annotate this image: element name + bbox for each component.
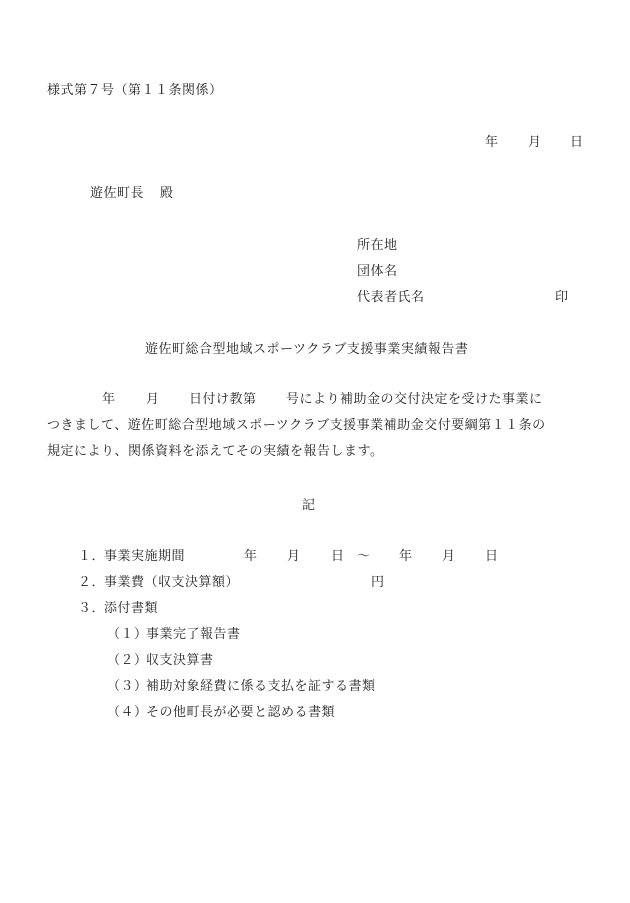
end-day: 日	[485, 548, 499, 566]
body-line1-rest: 号により補助金の交付決定を受けた事業に	[286, 391, 543, 409]
date-year-label: 年	[485, 134, 499, 152]
period-separator: ～	[357, 548, 371, 566]
addressee-name: 遊佐町長	[90, 185, 144, 203]
item-label: 事業費（収支決算額）	[104, 574, 239, 592]
item-number: ３．	[78, 600, 105, 618]
end-year: 年	[399, 548, 413, 566]
organization-label: 団体名	[357, 263, 398, 281]
start-month: 月	[287, 548, 301, 566]
date-day-label: 日	[570, 134, 584, 152]
body-line2: つきまして、遊佐町総合型地域スポーツクラブ支援事業補助金交付要綱第１１条の	[47, 417, 546, 435]
body-month: 月	[146, 391, 160, 409]
attachment-label: 補助対象経費に係る支払を証する書類	[146, 678, 376, 696]
seal-label: 印	[555, 289, 569, 307]
attachment-label: その他町長が必要と認める書類	[146, 704, 335, 722]
start-day: 日	[331, 548, 345, 566]
form-number: 様式第７号（第１１条関係）	[47, 82, 223, 100]
ki-heading: 記	[302, 497, 316, 515]
body-line3: 規定により、関係資料を添えてその実績を報告します。	[47, 443, 383, 461]
cost-unit: 円	[371, 574, 385, 592]
attachment-label: 事業完了報告書	[146, 626, 241, 644]
attachment-number: （４）	[107, 704, 148, 722]
body-day-prefix: 日付け教第	[189, 391, 257, 409]
item-label: 事業実施期間	[104, 548, 185, 566]
attachment-number: （３）	[107, 678, 148, 696]
start-year: 年	[244, 548, 258, 566]
address-label: 所在地	[357, 237, 398, 255]
end-month: 月	[442, 548, 456, 566]
attachment-number: （１）	[107, 626, 148, 644]
addressee-honorific: 殿	[160, 185, 174, 203]
item-number: １．	[78, 548, 105, 566]
item-label: 添付書類	[104, 600, 158, 618]
body-year: 年	[102, 391, 116, 409]
date-month-label: 月	[528, 134, 542, 152]
attachment-number: （２）	[107, 652, 148, 670]
document-title: 遊佐町総合型地域スポーツクラブ支援事業実績報告書	[145, 341, 468, 359]
representative-label: 代表者氏名	[357, 289, 425, 307]
item-number: ２．	[78, 574, 105, 592]
attachment-label: 収支決算書	[146, 652, 214, 670]
